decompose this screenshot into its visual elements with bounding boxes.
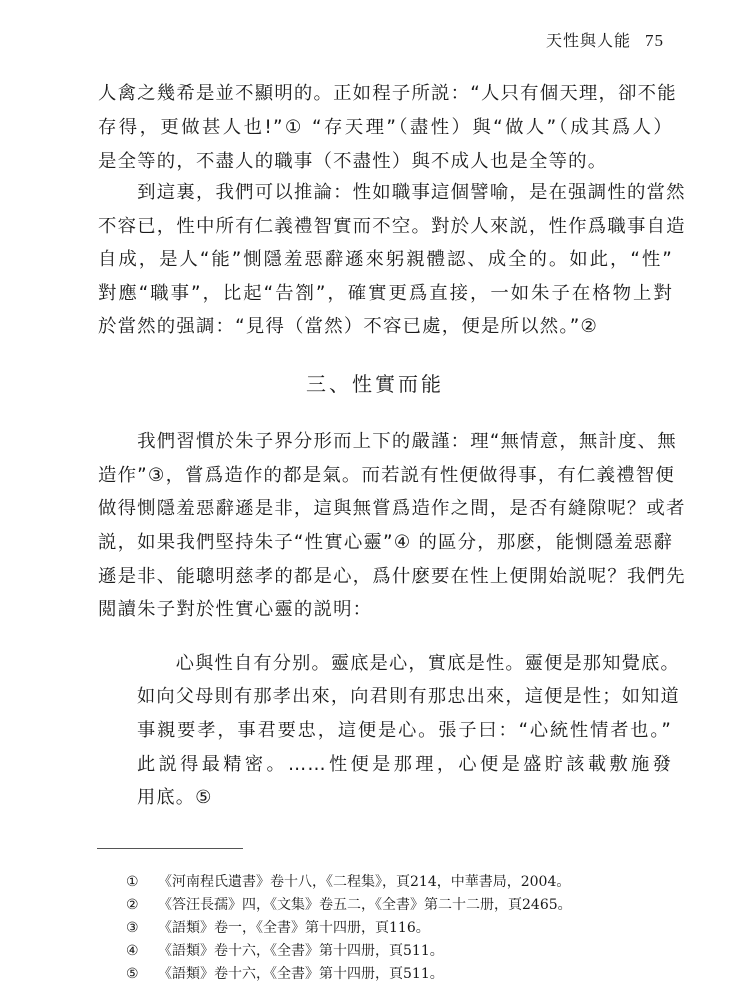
body-line: 對應“職事”，比起“告劄”，確實更爲直接，一如朱子在格物上對 xyxy=(98,283,673,305)
body-line: 遜是非、能聰明慈孝的都是心，爲什麽要在性上便開始説呢？我們先 xyxy=(98,566,673,588)
quote-line: 心與性自有分别。靈底是心，實底是性。靈便是那知覺底。 xyxy=(137,653,672,675)
body-line: 於當然的强調：“見得（當然）不容已處，便是所以然。”② xyxy=(98,316,673,338)
quote-line: 此説得最精密。……性便是那理，心便是盛貯該載敷施發 xyxy=(137,754,672,776)
footnote-marker: ⑤ xyxy=(126,965,158,983)
body-line: 我們習慣於朱子界分形而上下的嚴謹：理“無情意，無計度、無 xyxy=(98,431,673,453)
footnote-text: 《河南程氏遺書》卷十八，《二程集》，頁214，中華書局，2004。 xyxy=(158,874,570,890)
footnote: ⑤《語類》卷十六，《全書》第十四册，頁511。 xyxy=(126,965,444,983)
footnote: ④《語類》卷十六，《全書》第十四册，頁511。 xyxy=(126,942,444,960)
running-header: 天性與人能75 xyxy=(546,28,664,51)
running-title: 天性與人能 xyxy=(546,31,631,50)
footnote-text: 《語類》卷一，《全書》第十四册，頁116。 xyxy=(158,920,430,936)
body-line: 人禽之幾希是並不顯明的。正如程子所説：“人只有個天理，卻不能 xyxy=(98,83,673,105)
footnote: ①《河南程氏遺書》卷十八，《二程集》，頁214，中華書局，2004。 xyxy=(126,873,570,891)
quote-line: 如向父母則有那孝出來，向君則有那忠出來，這便是性；如知道 xyxy=(137,686,672,708)
footnote-marker: ③ xyxy=(126,919,158,937)
body-line: 閲讀朱子對於性實心靈的説明： xyxy=(98,599,673,621)
quote-line: 事親要孝，事君要忠，這便是心。張子曰：“心統性情者也。” xyxy=(137,720,672,742)
section-heading: 三、性實而能 xyxy=(0,368,750,397)
body-line: 是全等的，不盡人的職事（不盡性）與不成人也是全等的。 xyxy=(98,151,673,173)
footnote-text: 《語類》卷十六，《全書》第十四册，頁511。 xyxy=(158,943,444,959)
body-line: 做得惻隱羞惡辭遜是非，這與無嘗爲造作之間，是否有縫隙呢？或者 xyxy=(98,498,673,520)
body-line: 存得，更做甚人也!”① “存天理”（盡性）與“做人”（成其爲人） xyxy=(98,117,673,139)
body-line: 不容已，性中所有仁義禮智實而不空。對於人來説，性作爲職事自造 xyxy=(98,216,673,238)
footnote: ②《答汪長孺》四，《文集》卷五二，《全書》第二十二册，頁2465。 xyxy=(126,896,572,914)
body-line: 造作”③，嘗爲造作的都是氣。而若説有性便做得事，有仁義禮智便 xyxy=(98,465,673,487)
page-number: 75 xyxy=(645,31,664,50)
footnote: ③《語類》卷一，《全書》第十四册，頁116。 xyxy=(126,919,430,937)
footnote-marker: ④ xyxy=(126,942,158,960)
footnote-divider xyxy=(97,848,243,849)
body-line: 到這裏，我們可以推論：性如職事這個譬喻，是在强調性的當然 xyxy=(98,182,673,204)
quote-line: 用底。⑤ xyxy=(137,787,672,809)
footnote-marker: ① xyxy=(126,873,158,891)
footnote-text: 《語類》卷十六，《全書》第十四册，頁511。 xyxy=(158,966,444,982)
body-line: 自成，是人“能”惻隱羞惡辭遜來躬親體認、成全的。如此，“性” xyxy=(98,249,673,271)
body-line: 説，如果我們堅持朱子“性實心靈”④ 的區分，那麽，能惻隱羞惡辭 xyxy=(98,532,673,554)
footnote-marker: ② xyxy=(126,896,158,914)
footnote-text: 《答汪長孺》四，《文集》卷五二，《全書》第二十二册，頁2465。 xyxy=(158,897,572,913)
